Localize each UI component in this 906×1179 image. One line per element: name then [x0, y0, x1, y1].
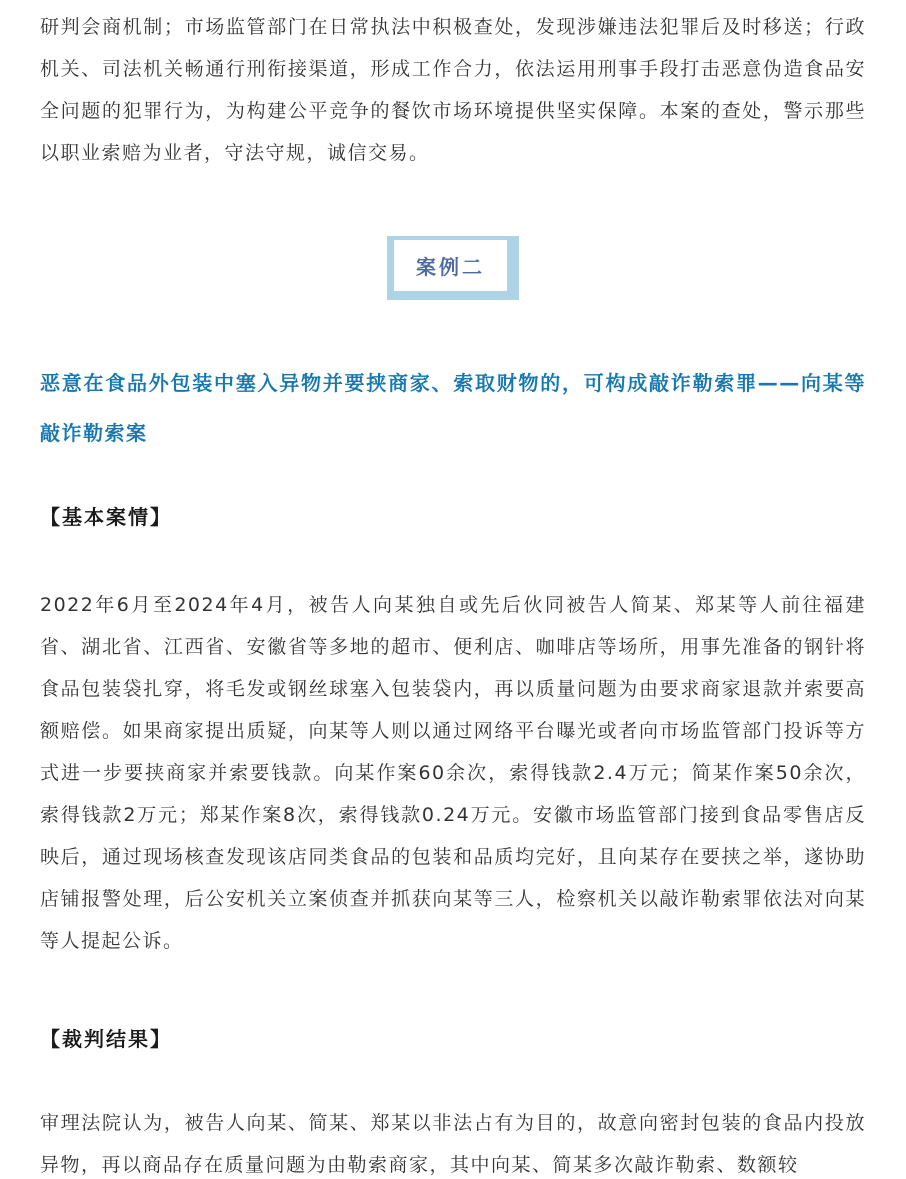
case-badge-frame: 案例二 — [387, 236, 519, 300]
section-header-basic-facts: 【基本案情】 — [40, 496, 866, 538]
case-title: 恶意在食品外包装中塞入异物并要挟商家、索取财物的，可构成敲诈勒索罪——向某等敲诈… — [40, 358, 866, 458]
article-content: 研判会商机制；市场监管部门在日常执法中积极查处，发现涉嫌违法犯罪后及时移送；行政… — [0, 0, 906, 1179]
judgment-result-paragraph: 审理法院认为，被告人向某、简某、郑某以非法占有为目的，故意向密封包装的食品内投放… — [40, 1102, 866, 1179]
case-badge: 案例二 — [40, 236, 866, 300]
basic-facts-paragraph: 2022年6月至2024年4月，被告人向某独自或先后伙同被告人简某、郑某等人前往… — [40, 584, 866, 962]
intro-paragraph: 研判会商机制；市场监管部门在日常执法中积极查处，发现涉嫌违法犯罪后及时移送；行政… — [40, 6, 866, 174]
section-header-judgment-result: 【裁判结果】 — [40, 1018, 866, 1060]
case-badge-label: 案例二 — [394, 240, 507, 291]
